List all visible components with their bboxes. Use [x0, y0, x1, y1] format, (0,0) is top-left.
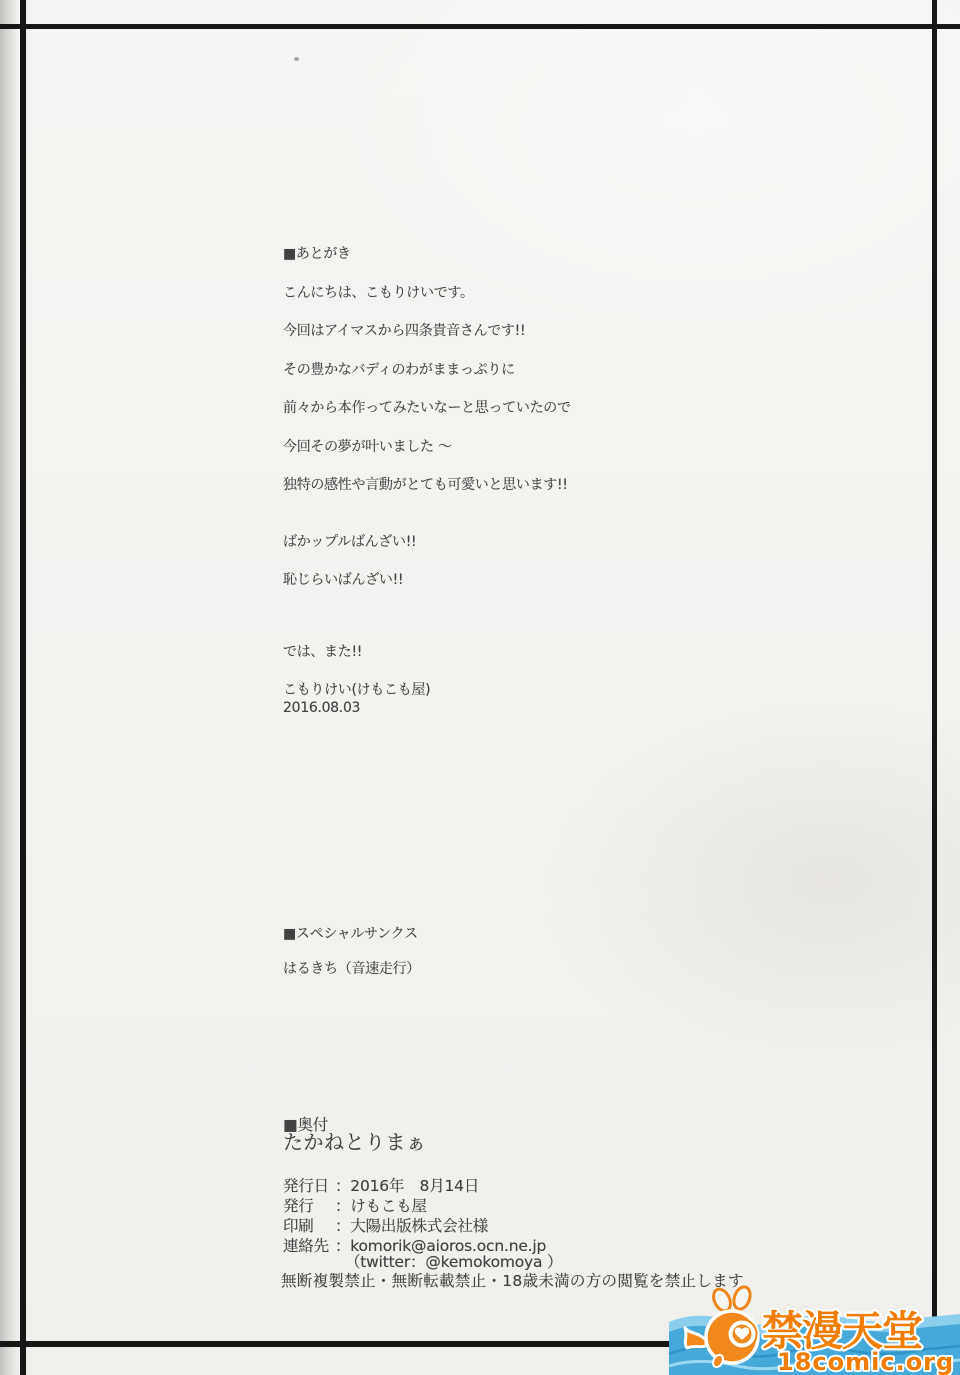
afterword-line: 今回はアイマスから四条貴音さんです!!: [283, 323, 525, 339]
colophon-row-contact: 連絡先 ：komorik@aioros.ocn.ne.jp: [283, 1234, 546, 1254]
page-border-right: [932, 0, 937, 1342]
colophon-row-publish-date: 発行日 ：2016年 8月14日: [283, 1174, 546, 1194]
afterword-line: その豊かなバディのわがままっぷりに: [283, 362, 515, 378]
afterword-line: こんにちは、こもりけいです。: [283, 285, 474, 301]
scanned-afterword-page: ■あとがき こんにちは、こもりけいです。 今回はアイマスから四条貴音さんです!!…: [0, 0, 960, 1375]
colophon-rows: 発行日 ：2016年 8月14日 発行 ：けもこも屋 印刷 ：大陽出版株式会社様…: [283, 1174, 546, 1254]
book-title: たかねとりまぁ: [283, 1131, 427, 1154]
row-label: 印刷: [283, 1214, 335, 1234]
special-thanks-name: はるきち（音速走行）: [283, 961, 420, 977]
afterword-line: 恥じらいばんざい!!: [283, 572, 403, 588]
special-thanks-heading: ■スペシャルサンクス: [283, 926, 418, 942]
afterword-line: 前々から本作ってみたいなーと思っていたので: [283, 400, 571, 416]
afterword-heading: ■あとがき: [283, 246, 351, 262]
row-value: ：komorik@aioros.ocn.ne.jp: [335, 1234, 546, 1254]
row-value: ：2016年 8月14日: [335, 1174, 479, 1194]
row-value: ：けもこも屋: [335, 1194, 427, 1214]
row-label: 発行: [283, 1194, 335, 1214]
afterword-line: では、また!!: [283, 644, 362, 660]
page-border-top: [0, 24, 960, 29]
site-watermark: 禁漫天堂 18comic.org: [658, 1282, 960, 1375]
ink-speck: [294, 57, 299, 61]
afterword-line: 今回その夢が叶いました ～: [283, 439, 452, 455]
afterword-line: 独特の感性や言動がとても可愛いと思います!!: [283, 477, 568, 493]
author-signature: こもりけい(けもこも屋): [283, 682, 430, 698]
row-label: 発行日: [283, 1174, 335, 1194]
watermark-site-url: 18comic.org: [777, 1348, 954, 1375]
row-label: 連絡先: [283, 1234, 335, 1254]
scan-edge-shadow: [0, 0, 19, 1375]
twitter-handle: （twitter：@kemokomoya ）: [345, 1254, 562, 1272]
colophon-row-printer: 印刷 ：大陽出版株式会社様: [283, 1214, 546, 1234]
row-value: ：大陽出版株式会社様: [335, 1214, 488, 1234]
afterword-line: ばかップルばんざい!!: [283, 534, 416, 550]
page-border-left: [20, 0, 26, 1375]
signature-date: 2016.08.03: [283, 700, 360, 716]
colophon-row-publisher: 発行 ：けもこも屋: [283, 1194, 546, 1214]
